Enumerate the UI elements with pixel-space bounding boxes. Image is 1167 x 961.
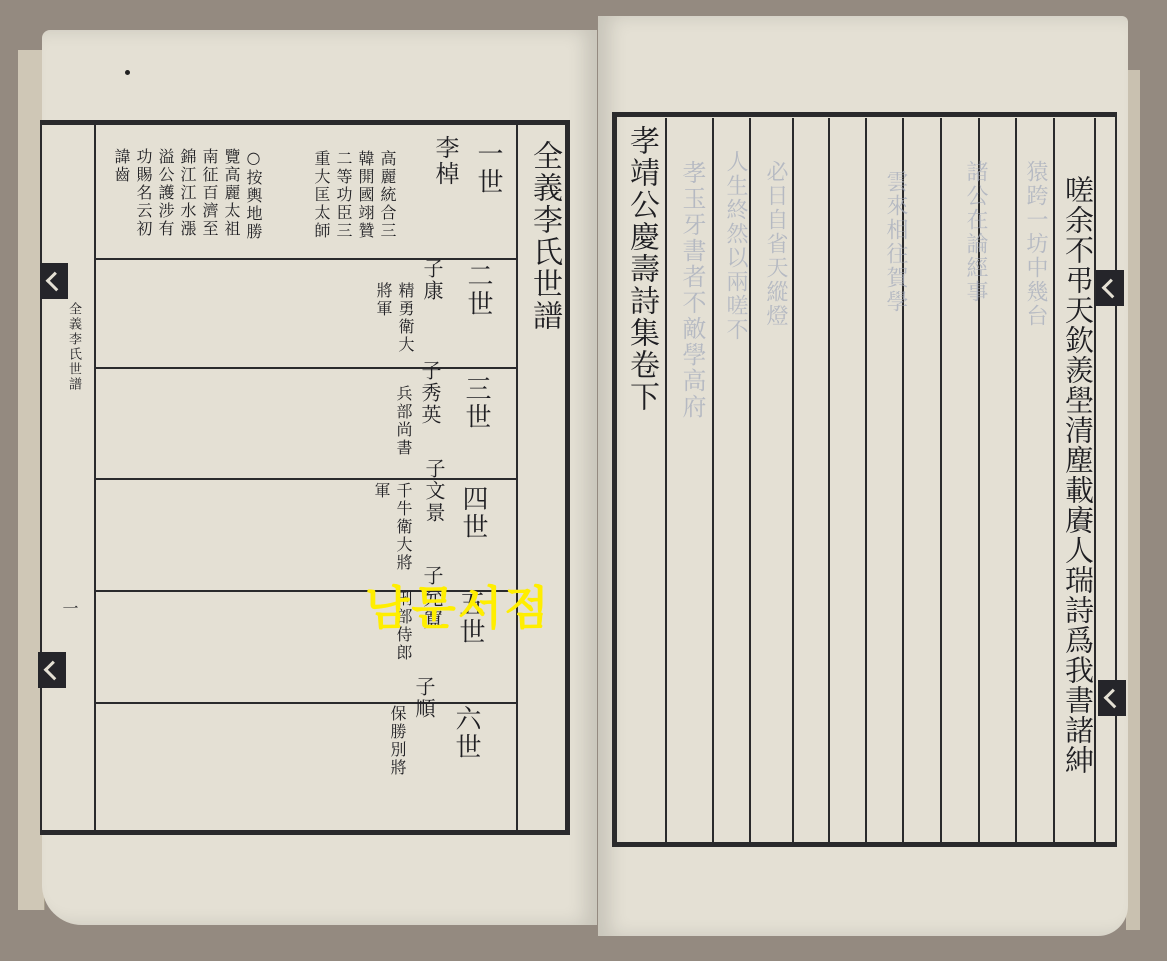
column-line xyxy=(865,118,867,843)
column-line xyxy=(1053,118,1055,843)
bleed-through-text: 人生終然以兩嗟不 xyxy=(720,150,751,342)
column-line xyxy=(828,118,830,843)
column-line xyxy=(712,118,714,843)
ancestor-name: 子秀英 xyxy=(416,360,445,426)
column-line xyxy=(792,118,794,843)
bleed-through-text: 必日自省天縱燈 xyxy=(760,160,791,328)
row-divider-2 xyxy=(94,367,516,369)
fishtail-mark-top xyxy=(1096,270,1124,306)
left-page-title: 全義李氏世譜 xyxy=(522,140,566,332)
margin-label: 全義李氏世譜 xyxy=(64,302,83,392)
column-line xyxy=(665,118,667,843)
bleed-through-text: 猿跨一坊中幾台 xyxy=(1020,160,1051,328)
ancestor-extra-notes: ○按輿地勝覽高麗太祖南征百濟至錦江江水漲溢公護涉有功賜名云初諱齒 xyxy=(110,148,264,248)
watermark: 남문서점 xyxy=(365,572,551,638)
ancestor-notes: 精勇衛大將軍 xyxy=(372,282,416,362)
generation-label: 一世 xyxy=(470,140,507,196)
column-line xyxy=(1015,118,1017,843)
right-page-title: 孝靖公慶壽詩集卷下 xyxy=(619,125,663,413)
generation-label: 六世 xyxy=(448,705,485,761)
title-column-divider xyxy=(516,125,518,830)
ancestor-notes: 兵部尚書 xyxy=(392,385,414,457)
ancestor-name: 李棹 xyxy=(428,135,463,187)
ink-speck xyxy=(125,70,130,75)
bleed-through-text: 諸公在論經事 xyxy=(960,160,991,304)
ancestor-notes: 保勝別將 xyxy=(386,705,408,777)
margin-page-number: 一 xyxy=(58,600,81,618)
generation-label: 四世 xyxy=(455,485,492,541)
fishtail-mark-bottom xyxy=(1098,680,1126,716)
row-divider-1 xyxy=(94,258,516,260)
row-divider-3 xyxy=(94,478,516,480)
ancestor-name: 子康 xyxy=(418,258,447,302)
column-line xyxy=(940,118,942,843)
fishtail-mark-top xyxy=(40,263,68,299)
bleed-through-text: 孝玉牙書者不敵學高府 xyxy=(675,160,710,420)
generation-label: 二世 xyxy=(460,262,497,318)
ancestor-notes: 高麗統合三韓開國翊贊二等功臣三重大匡太師 xyxy=(310,150,398,250)
ancestor-name: 子順 xyxy=(410,676,439,720)
generation-label: 三世 xyxy=(458,375,495,431)
fishtail-mark-bottom xyxy=(38,652,66,688)
bleed-through-text: 雲來相往賀學 xyxy=(880,170,911,314)
row-divider-5 xyxy=(94,702,516,704)
poem-line: 嗟余不弔天欽羨壆清塵載賡人瑞詩爲我書諸紳 xyxy=(1058,175,1099,775)
ancestor-notes: 千牛衛大將軍 xyxy=(370,482,414,572)
book-stack-right xyxy=(1126,70,1140,930)
ancestor-name: 子文景 xyxy=(420,458,449,524)
